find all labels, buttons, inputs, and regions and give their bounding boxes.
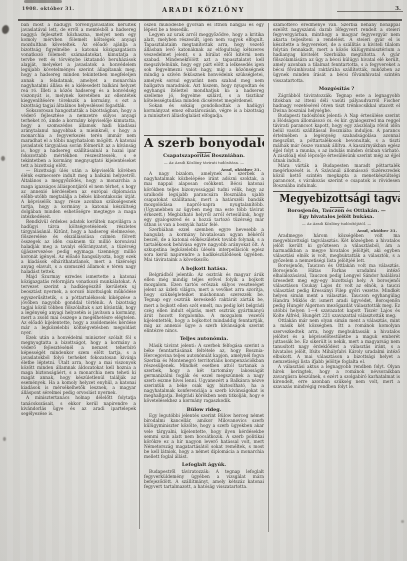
article-body: Aradmegye három községében volt ma megye… (273, 234, 400, 390)
ink-smudge (1, 156, 5, 161)
paragraph: Sokan és sokáig gondolkodtak a hadügyi k… (144, 104, 264, 119)
header-rule (18, 19, 402, 21)
section-heading-autonomy: Teljes autonómia. (144, 336, 264, 342)
article-subhead: Csapatszaporítás Boszniában. (144, 154, 264, 160)
paragraph: Majd Szurmay ezredes ismertette a katona… (21, 275, 136, 336)
section-heading-bulow: Bülow rideg. (144, 407, 264, 413)
paragraph: Budapestről táviratozzák: A tegnap lefog… (144, 470, 264, 490)
paragraph: — Bizottsági ülés után a képviselők köré… (21, 169, 136, 219)
paragraph: Szerbiában ezzel szemben egyre hevesebb … (144, 228, 264, 263)
ink-smudge (3, 437, 6, 441)
paragraph: A választási aktus a legnagyobb rendben … (273, 365, 400, 390)
paragraph: Egy legutóbbi jelentés szerint Bülow her… (144, 414, 264, 459)
article-headline: A szerb bonyodalom (144, 137, 264, 150)
paragraph: Belgrádból jelentik: Az osztrák és magya… (144, 273, 264, 334)
ink-smudge (1, 24, 10, 34)
paragraph: Sokszorosan hangoztatták a bizottságban,… (21, 109, 136, 170)
article-county-elections: Megyebizottsági tagválasztások Borosjenő… (273, 191, 400, 390)
paragraph: Ezek után a honvédelmi miniszter szólalt… (21, 336, 136, 397)
paragraph: ban most a hadügyi törvényjavaslatok ker… (21, 23, 136, 109)
ink-smudge (24, 0, 62, 3)
paragraph: Borosjenőn, Tauczon és Ottlakán volt ma … (273, 264, 400, 320)
section-heading-seized-guns: Lefoglalt ágyúk. (144, 462, 264, 468)
paragraph: számottevő eredménye van. Szerbia néhány… (273, 23, 400, 84)
section-heading-boycott: A bojkott hatása. (144, 266, 264, 272)
section-text-mobilization: Zágrábból táviratozzák: Tegnap este a le… (273, 94, 400, 190)
paragraph: Zágrábból táviratozzák: Tegnap este a le… (273, 94, 400, 114)
article-credit: — Az Aradi Közlöny tudósítójától. — (273, 222, 400, 227)
section-text-boycott: Belgrádból jelentik: Az osztrák és magya… (144, 273, 264, 334)
left-column-text: ban most a hadügyi törvényjavaslatok ker… (21, 23, 136, 417)
paragraph: Mára várták a Budapesten maradt póttarta… (273, 164, 400, 189)
paragraph: A nagy bizalom, amelynek a szerbek a nag… (144, 172, 264, 228)
paragraph: Legyen az urak arról meggyőződve, hogy a… (144, 33, 264, 104)
column-divider-right (268, 23, 269, 532)
header-title: ARADI KÖZLÖNY (0, 6, 407, 14)
article-intro: A nagy bizalom, amelynek a szerbek a nag… (144, 172, 264, 263)
paragraph: A minisztertanács holnap délelőtt folyta… (21, 396, 136, 416)
paragraph: őszén működésbe gyorsan és itthon hangja… (144, 23, 264, 33)
paragraph: Másik távirat jelenti: A szerbek felfogá… (144, 344, 264, 405)
article-dateline: Arad, október 31. (144, 167, 264, 172)
paragraph: Budapesti tudósítónk jelenti: A Nap érte… (273, 114, 400, 164)
newspaper-page: 1908. október 31. ARADI KÖZLÖNY 3. ban m… (0, 0, 407, 561)
article-dateline: Arad, október 31. (273, 228, 400, 233)
section-text-autonomy: Másik távirat jelenti: A szerbek felfogá… (144, 344, 264, 405)
article-credit: — Az Aradi Közlöny távirati tudósítása. … (144, 161, 264, 166)
article-serb-complication: A szerb bonyodalom Csapatszaporítás Bosz… (144, 135, 264, 490)
middle-top-text: őszén működésbe gyorsan és itthon hangja… (144, 23, 264, 133)
column-right: számottevő eredménye van. Szerbia néhány… (273, 23, 400, 533)
ink-smudge (401, 520, 404, 523)
paragraph: Aradmegye három községében volt ma megye… (273, 234, 400, 264)
column-divider-left (139, 23, 140, 529)
section-heading-mobilization: Mozgósítás ? (273, 86, 400, 92)
header-rule-secondary (337, 11, 403, 12)
paragraph: Rendkívül érdekes adatok kerültek napvil… (21, 220, 136, 276)
paragraph: Ottlakán már nem olyan simán ment a vála… (273, 319, 400, 364)
article-headline: Megyebizottsági tagválasztások (279, 193, 393, 205)
right-top-text: számottevő eredménye van. Szerbia néhány… (273, 23, 400, 84)
column-middle: őszén működésbe gyorsan és itthon hangja… (144, 23, 264, 539)
section-text-seized-guns: Budapestről táviratozzák: A tegnap lefog… (144, 470, 264, 490)
section-text-bulow: Egy legutóbbi jelentés szerint Bülow her… (144, 414, 264, 459)
column-left: ban most a hadügyi törvényjavaslatok ker… (21, 23, 136, 523)
